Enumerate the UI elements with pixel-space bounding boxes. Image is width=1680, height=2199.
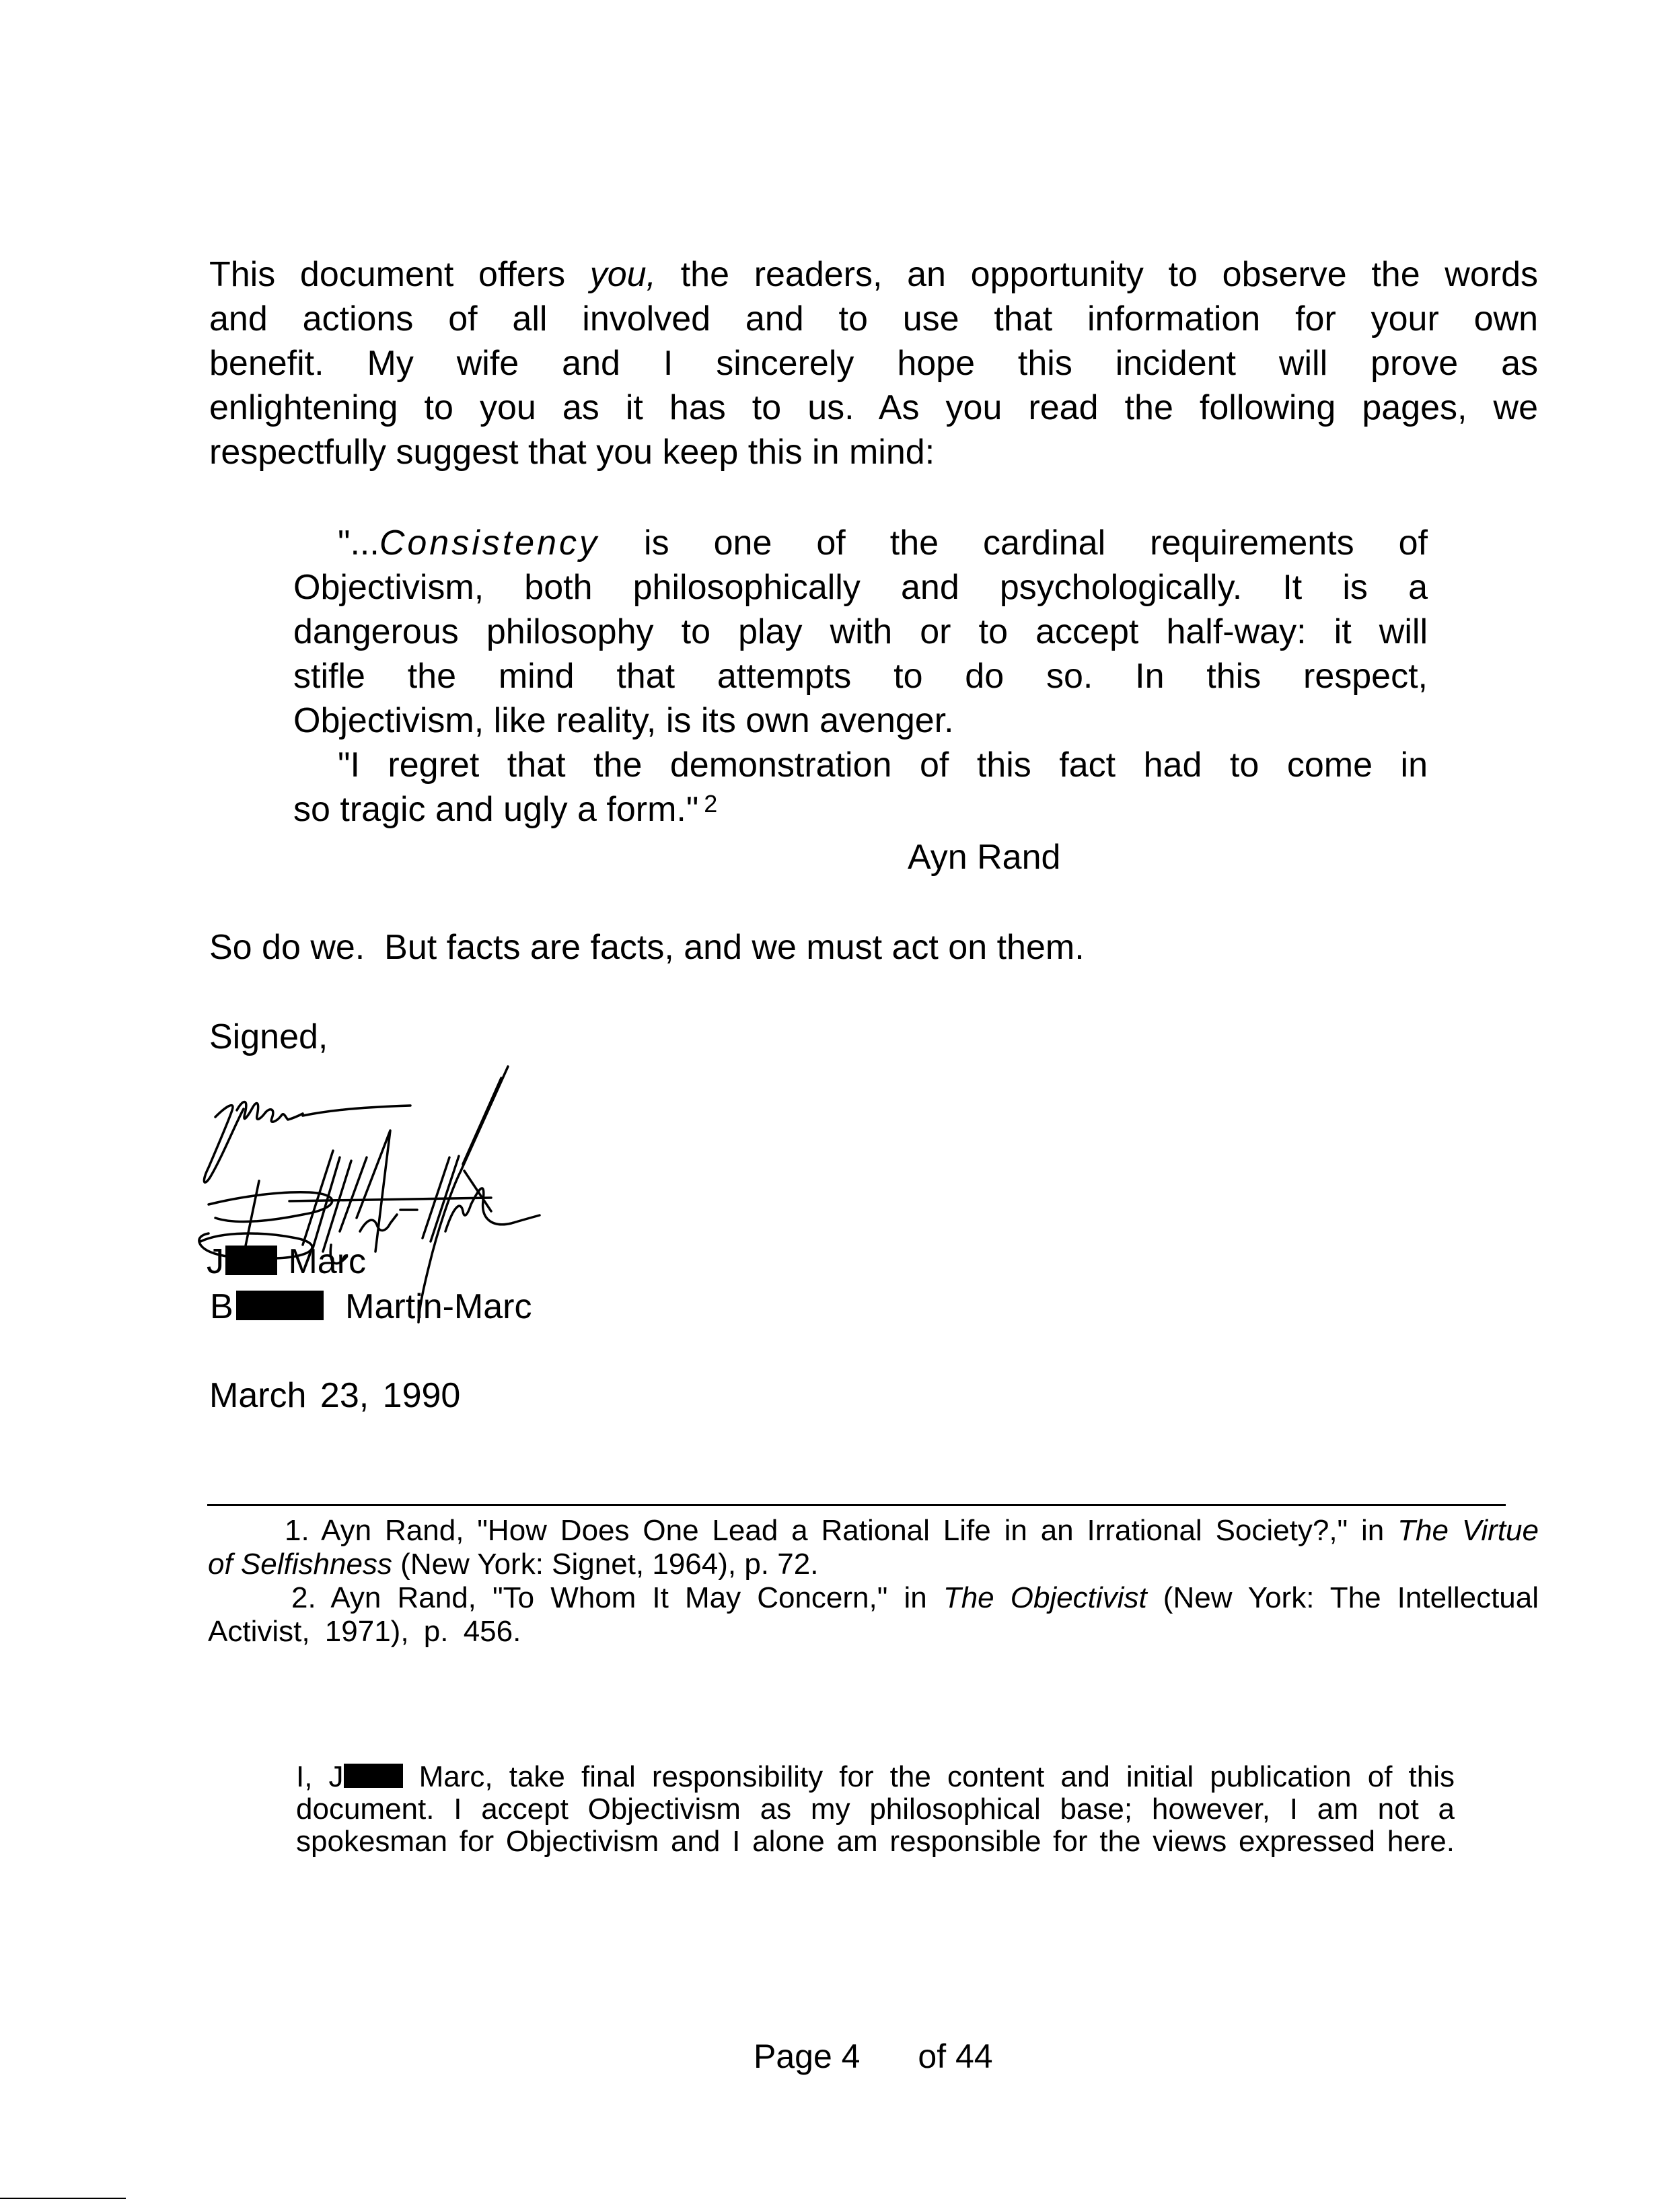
intro-line-1: This document offers you, the readers, a… [209,252,1538,297]
signer-1-name: J Marc [207,1239,366,1284]
signer-2-surname: Martin-Marc [345,1287,532,1326]
disclaimer: I, J Marc, take final responsibility for… [296,1761,1455,1858]
closing-line: So do we. But facts are facts, and we mu… [209,925,1085,970]
redaction-bar [344,1764,403,1788]
signer-2-initial: B [210,1287,233,1326]
footnote-1-line-1: 1. Ayn Rand, "How Does One Lead a Ration… [208,1514,1539,1548]
quote-line-3: dangerous philosophy to play with or to … [293,610,1428,654]
page-number-current: Page 4 [754,2038,860,2075]
block-quote: "...Consistency is one of the cardinal r… [293,521,1428,832]
footnote-2-line-1: 2. Ayn Rand, "To Whom It May Concern," i… [208,1581,1539,1615]
intro-line-4: enlightening to you as it has to us. As … [209,386,1538,430]
disclaimer-line-1: I, J Marc, take final responsibility for… [296,1761,1455,1793]
quote-line-6: "I regret that the demonstration of this… [293,743,1428,787]
footnote-1-line-2: of Selfishness (New York: Signet, 1964),… [208,1548,1539,1581]
quote-line-7: so tragic and ugly a form."2 [293,787,1428,832]
redaction-bar [225,1246,277,1275]
quote-line-1: "...Consistency is one of the cardinal r… [293,521,1428,565]
emphasis-consistency: Consistency [379,524,599,563]
intro-paragraph: This document offers you, the readers, a… [209,252,1538,474]
signer-2-name: B Martin-Marc [210,1285,532,1329]
emphasis-you: you, [590,255,656,294]
quote-line-2: Objectivism, both philosophically and ps… [293,565,1428,610]
footnote-2-line-2: Activist, 1971), p. 456. [208,1615,1539,1649]
intro-line-2: and actions of all involved and to use t… [209,297,1538,341]
disclaimer-line-3: spokesman for Objectivism and I alone am… [296,1826,1455,1858]
intro-line-3: benefit. My wife and I sincerely hope th… [209,341,1538,386]
page-number: Page 4 of 44 [754,2036,993,2077]
signer-1-initial: J [207,1242,224,1281]
document-page: This document offers you, the readers, a… [0,0,1680,2199]
footnote-separator [207,1504,1506,1506]
footnotes: 1. Ayn Rand, "How Does One Lead a Ration… [208,1514,1539,1649]
redaction-bar [236,1291,324,1320]
signature-date: March 23, 1990 [209,1373,460,1418]
signer-1-surname: Marc [288,1242,366,1281]
disclaimer-line-2: document. I accept Objectivism as my phi… [296,1793,1455,1826]
quote-line-4: stifle the mind that attempts to do so. … [293,654,1428,698]
footnote-ref-2[interactable]: 2 [704,790,717,818]
page-number-total: of 44 [918,2038,992,2075]
intro-line-5: respectfully suggest that you keep this … [209,430,1538,474]
quote-line-5: Objectivism, like reality, is its own av… [293,698,1428,743]
quote-attribution: Ayn Rand [908,835,1060,879]
